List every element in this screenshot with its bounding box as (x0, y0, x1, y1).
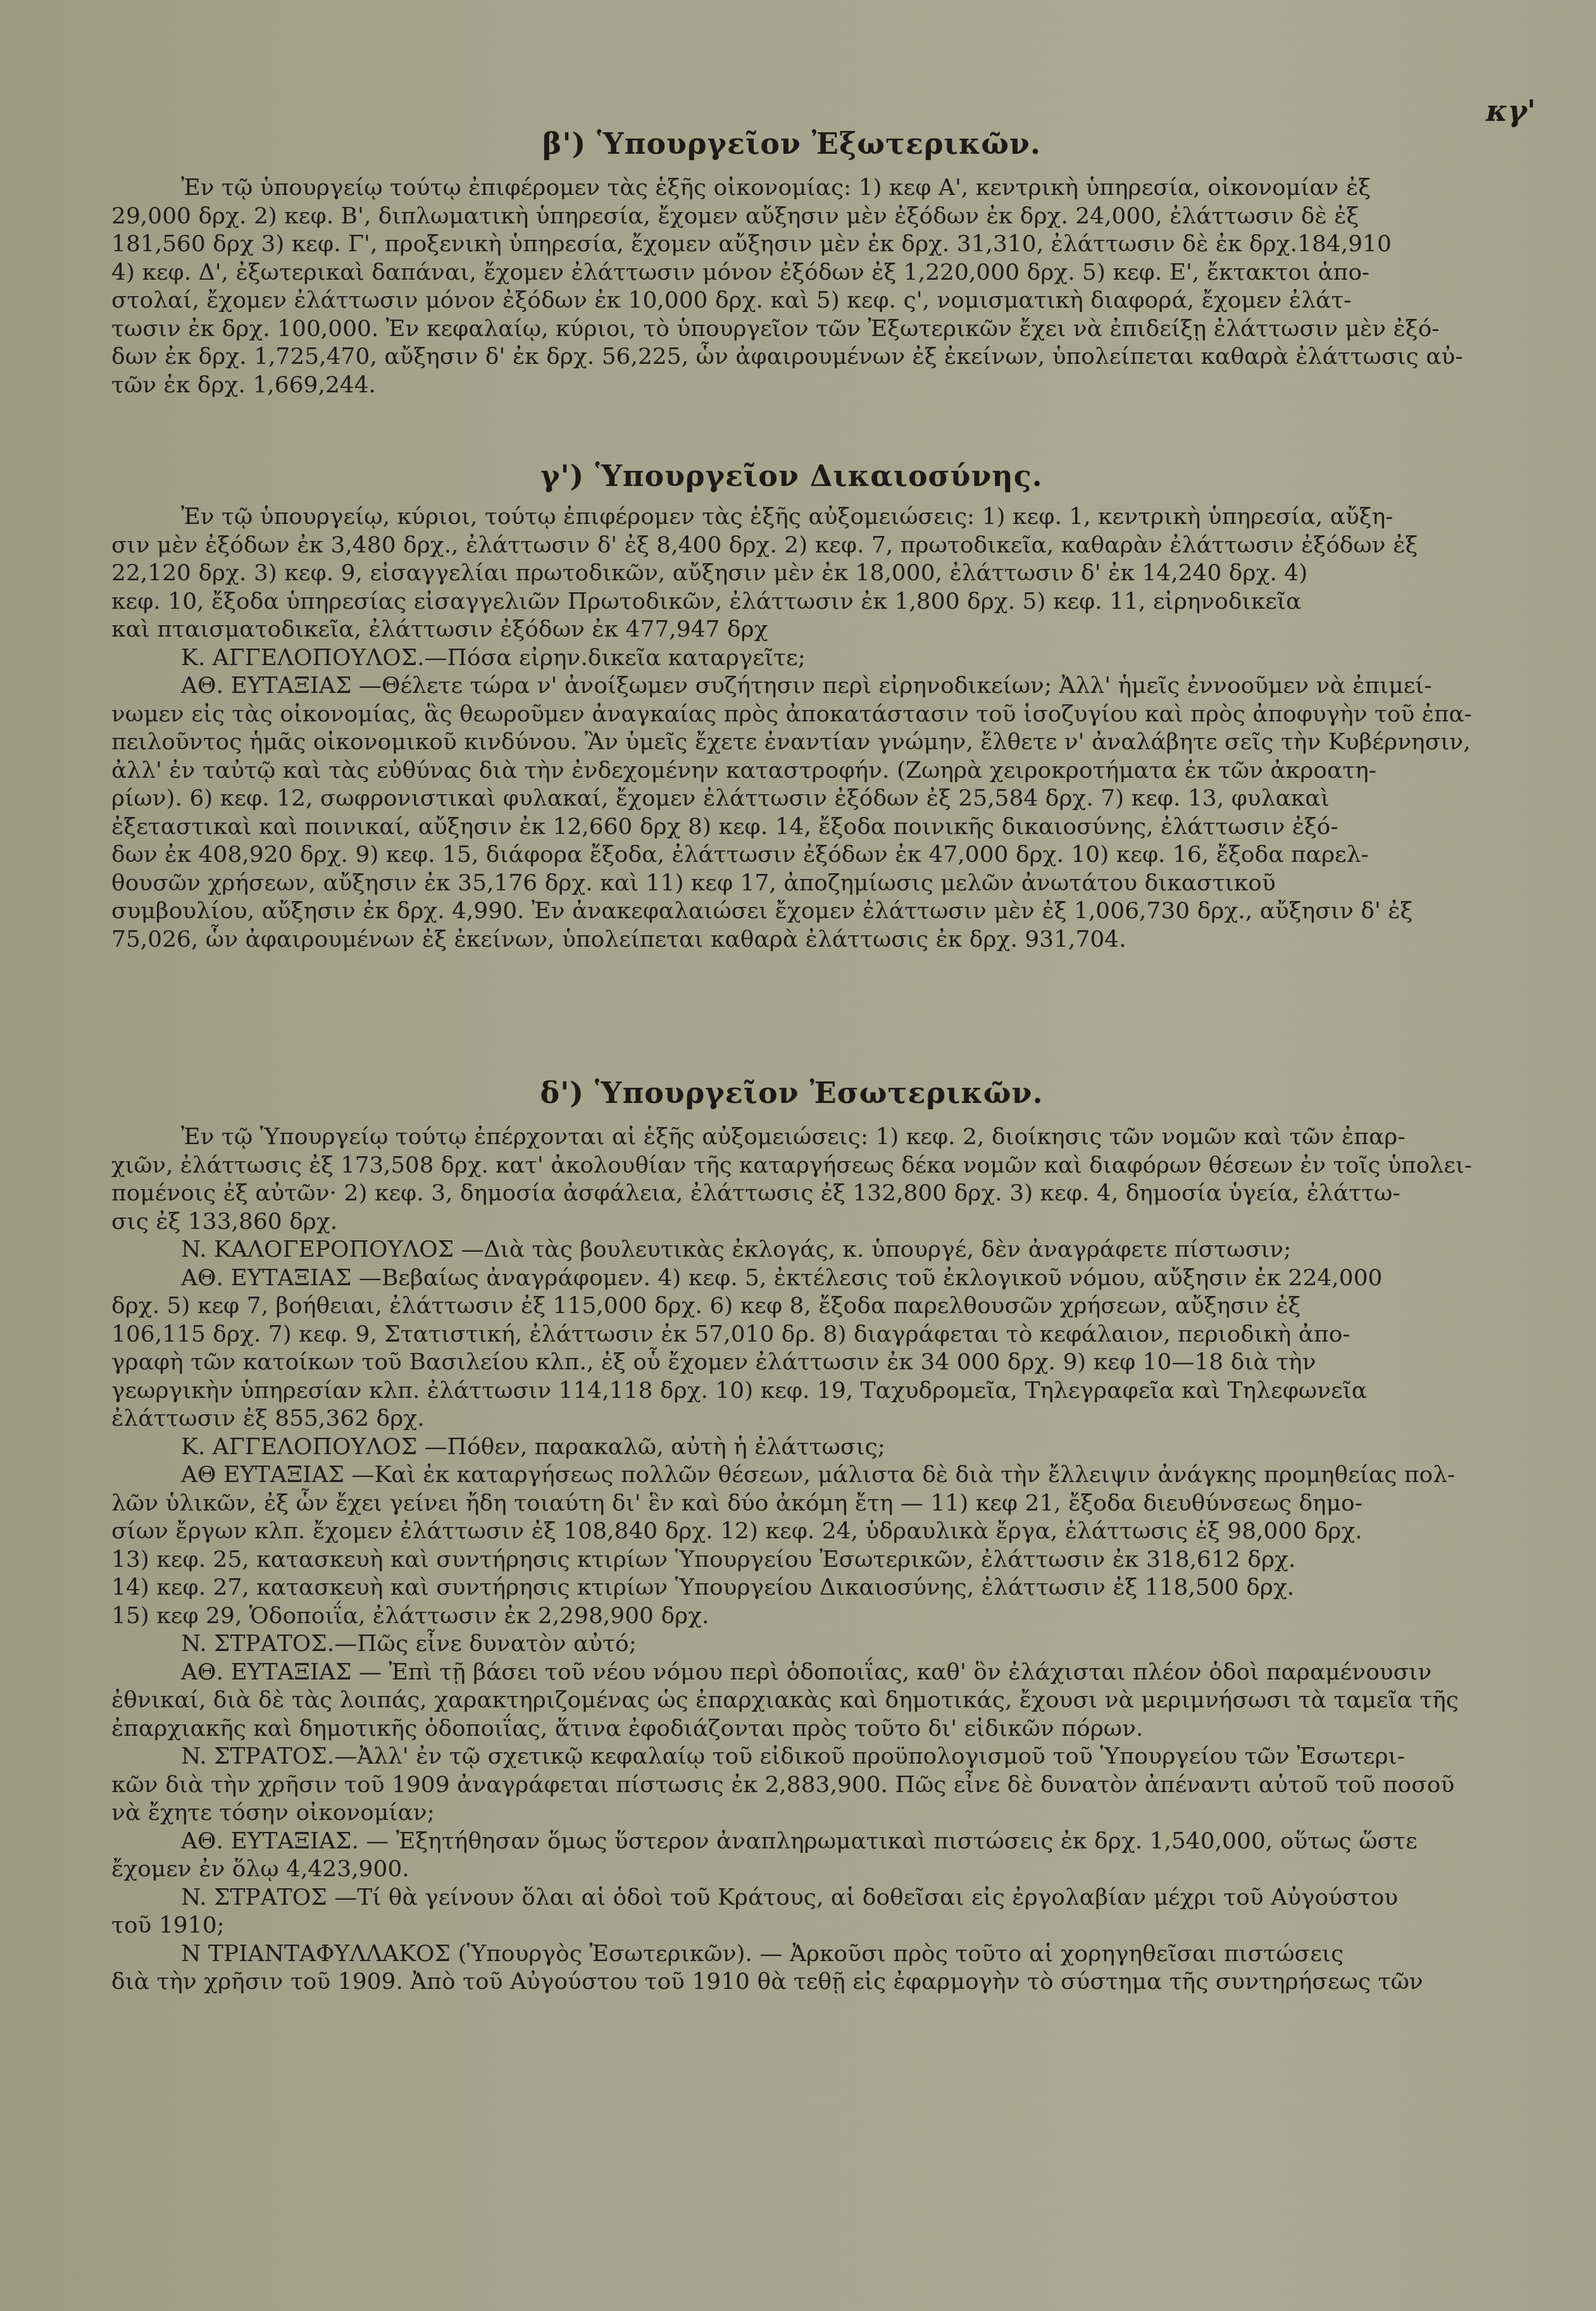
text-line: διὰ τὴν χρῆσιν τοῦ 1909. Ἀπὸ τοῦ Αὐγούστ… (111, 1968, 1472, 1996)
text-line: σίων ἔργων κλπ. ἔχομεν ἐλάττωσιν ἐξ 108,… (111, 1517, 1472, 1546)
speaker-line: N. ΣΤΡΑΤΟΣ.—Ἀλλ' ἐν τῷ σχετικῷ κεφαλαίῳ … (111, 1743, 1472, 1771)
text-line: πειλοῦντος ἡμᾶς οἰκονομικοῦ κινδύνου. Ἂν… (111, 728, 1472, 757)
text-line: ἐξεταστικαὶ καὶ ποινικαί, αὔξησιν ἐκ 12,… (111, 813, 1472, 842)
text-line: συμβουλίου, αὔξησιν ἐκ δρχ. 4,990. Ἐν ἀν… (111, 897, 1472, 926)
text-line: Ἐν τῷ ὑπουργείῳ τούτῳ ἐπιφέρομεν τὰς ἑξῆ… (111, 174, 1472, 202)
text-line: 14) κεφ. 27, κατασκευὴ καὶ συντήρησις κτ… (111, 1574, 1472, 1602)
text-line: ἐπαρχιακῆς καὶ δημοτικῆς ὁδοποιΐας, ἅτιν… (111, 1715, 1472, 1743)
speaker-line: N ΤΡΙΑΝΤΑΦΥΛΛΑΚΟΣ (Ὑπουργὸς Ἐσωτερικῶν).… (111, 1940, 1472, 1969)
text-line: θουσῶν χρήσεων, αὔξησιν ἐκ 35,176 δρχ. κ… (111, 869, 1472, 898)
section-heading-justice: γ') Ὑπουργεῖον Δικαιοσύνης. (111, 459, 1472, 493)
speaker-line: ΑΘ ΕΥΤΑΞΙΑΣ —Καὶ ἐκ καταργήσεως πολλῶν θ… (111, 1461, 1472, 1490)
speaker-line: N. ΣΤΡΑΤΟΣ —Τί θὰ γείνουν ὅλαι αἱ ὁδοὶ τ… (111, 1884, 1472, 1912)
speaker-line: N. ΚΑΛΟΓΕΡΟΠΟΥΛΟΣ —Διὰ τὰς βουλευτικὰς ἐ… (111, 1236, 1472, 1264)
text-line: ἐλάττωσιν ἐξ 855,362 δρχ. (111, 1405, 1472, 1433)
text-line: δων ἐκ 408,920 δρχ. 9) κεφ. 15, διάφορα … (111, 841, 1472, 869)
text-line: Ἐν τῷ Ὑπουργείῳ τούτῳ ἐπέρχονται αἱ ἑξῆς… (111, 1123, 1472, 1152)
text-line: χιῶν, ἐλάττωσις ἐξ 173,508 δρχ. κατ' ἀκο… (111, 1152, 1472, 1180)
text-line: ἐθνικαί, διὰ δὲ τὰς λοιπάς, χαρακτηριζομ… (111, 1686, 1472, 1715)
text-line: ρίων). 6) κεφ. 12, σωφρονιστικαὶ φυλακαί… (111, 785, 1472, 813)
text-line: στολαί, ἔχομεν ἐλάττωσιν μόνον ἐξόδων ἐκ… (111, 287, 1472, 315)
speaker-line: ΑΘ. ΕΥΤΑΞΙΑΣ —Βεβαίως ἀναγράφομεν. 4) κε… (111, 1264, 1472, 1293)
section-body-justice: Ἐν τῷ ὑπουργείῳ, κύριοι, τούτῳ ἐπιφέρομε… (111, 503, 1472, 954)
speaker-line: ΑΘ. ΕΥΤΑΞΙΑΣ —Θέλετε τώρα ν' ἀνοίξωμεν σ… (111, 672, 1472, 701)
text-line: ἔχομεν ἐν ὅλῳ 4,423,900. (111, 1855, 1472, 1884)
text-line: 22,120 δρχ. 3) κεφ. 9, εἰσαγγελίαι πρωτο… (111, 559, 1472, 588)
text-line: 75,026, ὧν ἀφαιρουμένων ἐξ ἐκείνων, ὑπολ… (111, 926, 1472, 954)
text-line: 15) κεφ 29, Ὁδοποιΐα, ἐλάττωσιν ἐκ 2,298… (111, 1602, 1472, 1631)
text-line: 13) κεφ. 25, κατασκευὴ καὶ συντήρησις κτ… (111, 1546, 1472, 1574)
text-line: κῶν διὰ τὴν χρῆσιν τοῦ 1909 ἀναγράφεται … (111, 1771, 1472, 1800)
text-line: τῶν ἐκ δρχ. 1,669,244. (111, 371, 1472, 400)
speaker-line: K. ΑΓΓΕΛΟΠΟΥΛΟΣ —Πόθεν, παρακαλῶ, αὐτὴ ἡ… (111, 1433, 1472, 1462)
text-line: γεωργικὴν ὑπηρεσίαν κλπ. ἐλάττωσιν 114,1… (111, 1377, 1472, 1405)
text-line: κεφ. 10, ἔξοδα ὑπηρεσίας εἰσαγγελιῶν Πρω… (111, 588, 1472, 616)
text-line: νωμεν εἰς τὰς οἰκονομίας, ἃς θεωροῦμεν ἀ… (111, 701, 1472, 729)
text-line: λῶν ὑλικῶν, ἐξ ὧν ἔχει γείνει ἤδη τοιαύτ… (111, 1490, 1472, 1518)
text-line: τοῦ 1910; (111, 1912, 1472, 1940)
text-line: 29,000 δρχ. 2) κεφ. Β', διπλωματικὴ ὑπηρ… (111, 202, 1472, 231)
text-line: 181,560 δρχ 3) κεφ. Γ', προξενικὴ ὑπηρεσ… (111, 230, 1472, 259)
page-number: κγ' (1486, 94, 1536, 128)
section-body-interior: Ἐν τῷ Ὑπουργείῳ τούτῳ ἐπέρχονται αἱ ἑξῆς… (111, 1123, 1472, 1996)
text-line: καὶ πταισματοδικεῖα, ἐλάττωσιν ἐξόδων ἐκ… (111, 616, 1472, 644)
text-line: σιν μὲν ἐξόδων ἐκ 3,480 δρχ., ἐλάττωσιν … (111, 532, 1472, 560)
text-line: πομένοις ἐξ αὐτῶν· 2) κεφ. 3, δημοσία ἀσ… (111, 1180, 1472, 1208)
section-heading-foreign-affairs: β') Ὑπουργεῖον Ἐξωτερικῶν. (111, 127, 1472, 161)
text-line: σις ἐξ 133,860 δρχ. (111, 1208, 1472, 1236)
section-body-foreign-affairs: Ἐν τῷ ὑπουργείῳ τούτῳ ἐπιφέρομεν τὰς ἑξῆ… (111, 174, 1472, 399)
text-line: νὰ ἔχητε τόσην οἰκονομίαν; (111, 1799, 1472, 1828)
text-line: ἀλλ' ἐν ταὐτῷ καὶ τὰς εὐθύνας διὰ τὴν ἐν… (111, 757, 1472, 785)
text-line: Ἐν τῷ ὑπουργείῳ, κύριοι, τούτῳ ἐπιφέρομε… (111, 503, 1472, 532)
speaker-line: ΑΘ. ΕΥΤΑΞΙΑΣ — Ἐπὶ τῇ βάσει τοῦ νέου νόμ… (111, 1659, 1472, 1687)
speaker-line: ΑΘ. ΕΥΤΑΞΙΑΣ. — Ἐξητήθησαν ὅμως ὕστερον … (111, 1828, 1472, 1856)
text-line: τωσιν ἐκ δρχ. 100,000. Ἐν κεφαλαίῳ, κύρι… (111, 315, 1472, 344)
text-line: δρχ. 5) κεφ 7, βοήθειαι, ἐλάττωσιν ἐξ 11… (111, 1292, 1472, 1321)
text-line: γραφὴ τῶν κατοίκων τοῦ Βασιλείου κλπ., ἐ… (111, 1349, 1472, 1377)
speaker-line: N. ΣΤΡΑΤΟΣ.—Πῶς εἶνε δυνατὸν αὐτό; (111, 1630, 1472, 1659)
section-heading-interior: δ') Ὑπουργεῖον Ἐσωτερικῶν. (111, 1076, 1472, 1110)
text-line: δων ἐκ δρχ. 1,725,470, αὔξησιν δ' ἐκ δρχ… (111, 343, 1472, 371)
text-line: 4) κεφ. Δ', ἐξωτερικαὶ δαπάναι, ἔχομεν ἐ… (111, 259, 1472, 287)
speaker-line: K. ΑΓΓΕΛΟΠΟΥΛΟΣ.—Πόσα εἰρην.δικεῖα καταρ… (111, 644, 1472, 673)
text-line: 106,115 δρχ. 7) κεφ. 9, Στατιστική, ἐλάτ… (111, 1321, 1472, 1349)
